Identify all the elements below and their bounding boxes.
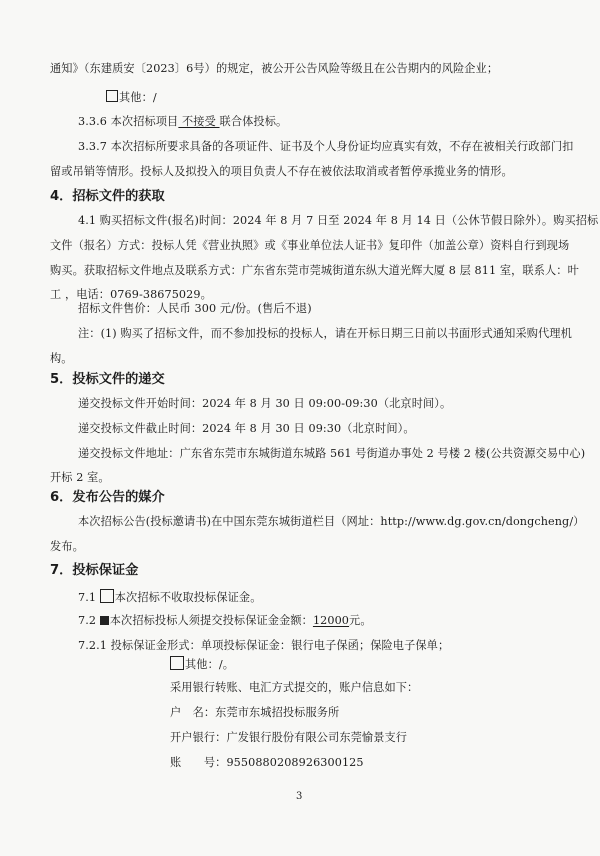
checkbox-other: 其他：/ (106, 90, 157, 105)
bank-name: 开户银行：广发银行股份有限公司东莞愉景支行 (170, 731, 407, 745)
field-value: 东莞市东城招投标服务所 (215, 706, 339, 719)
text-line: 本次招标公告(投标邀请书)在中国东莞东城街道栏目（网址：http://www.d… (78, 515, 584, 529)
field-value: 广发银行股份有限公司东莞愉景支行 (226, 731, 407, 744)
field-value: 9550880208926300125 (226, 756, 363, 769)
section-heading-5: 5．投标文件的递交 (50, 372, 165, 388)
account-name: 户 名：东莞市东城招投标服务所 (170, 706, 339, 720)
submission-address: 递交投标文件地址：广东省东莞市东城街道东城路 561 号街道办事处 2 号楼 2… (78, 447, 585, 461)
page-number: 3 (296, 791, 302, 802)
section-heading-7: 7．投标保证金 (50, 563, 138, 579)
field-label: 账 号： (170, 756, 226, 769)
submission-address: 开标 2 室。 (50, 471, 110, 485)
text-line: 文件（报名）方式：投标人凭《营业执照》或《事业单位法人证书》复印件（加盖公章）资… (50, 239, 569, 253)
text-line: 工 ，电话：0769-38675029。 (50, 288, 212, 302)
clause-7-2-1: 7.2.1 投标保证金形式：单项投标保证金：银行电子保函；保险电子保单； (78, 639, 449, 653)
submission-deadline: 递交投标文件截止时间：2024 年 8 月 30 日 09:30（北京时间）。 (78, 422, 415, 436)
checkbox-other: 其他：/。 (170, 656, 234, 672)
checkbox-label: 其他：/。 (185, 658, 234, 671)
section-heading-4: 4．招标文件的获取 (50, 189, 165, 205)
document-page: 通知》（东建质安〔2023〕6号）的规定，被公开公告风险等级且在公告期内的风险企… (0, 0, 600, 856)
text-line: 留或吊销等情形。投标人及拟投入的项目负责人不存在被依法取消或者暂停承揽业务的情形… (50, 165, 513, 179)
checkbox-label: 其他：/ (119, 91, 157, 104)
deposit-amount: 12000 (313, 614, 349, 627)
text-line: 购买。获取招标文件地点及联系方式：广东省东莞市莞城街道东纵大道光辉大厦 8 层 … (50, 264, 579, 278)
text-line: 通知》（东建质安〔2023〕6号）的规定，被公开公告风险等级且在公告期内的风险企… (50, 62, 498, 76)
checkbox-unchecked-icon (106, 90, 118, 102)
clause-text: 3.3.6 本次招标项目 (78, 115, 178, 128)
clause-number: 7.2 (78, 614, 96, 627)
bank-intro: 采用银行转账、电汇方式提交的，账户信息如下： (170, 681, 418, 695)
checkbox-unchecked-icon (100, 589, 114, 603)
section-heading-6: 6．发布公告的媒介 (50, 490, 165, 506)
clause-text: 联合体投标。 (220, 115, 288, 128)
checkbox-unchecked-icon (170, 656, 184, 670)
text-line: 4.1 购买招标文件(报名)时间：2024 年 8 月 7 日至 2024 年 … (78, 214, 598, 228)
clause-3-3-7: 3.3.7 本次招标所要求具备的各项证件、证书及个人身份证均应真实有效，不存在被… (78, 140, 573, 154)
checkbox-checked-icon (100, 616, 109, 625)
underlined-value: 不接受 (178, 115, 219, 128)
price-line: 招标文件售价：人民币 300 元/份。(售后不退) (78, 302, 312, 316)
note-line: 注：(1) 购买了招标文件，而不参加投标的投标人，请在开标日期三日前以书面形式通… (78, 327, 572, 341)
text-line: 发布。 (50, 540, 84, 554)
field-label: 开户银行： (170, 731, 226, 744)
account-number: 账 号：9550880208926300125 (170, 756, 364, 770)
clause-text: 本次招标投标人须提交投标保证金金额： (110, 614, 313, 627)
clause-7-2: 7.2 本次招标投标人须提交投标保证金金额：12000元。 (78, 614, 372, 628)
clause-7-1: 7.1 本次招标不收取投标保证金。 (78, 589, 262, 605)
clause-number: 7.1 (78, 591, 96, 604)
clause-3-3-6: 3.3.6 本次招标项目 不接受 联合体投标。 (78, 115, 287, 129)
clause-text: 本次招标不收取投标保证金。 (115, 591, 262, 604)
submission-start: 递交投标文件开始时间：2024 年 8 月 30 日 09:00-09:30（北… (78, 397, 451, 411)
note-line: 构。 (50, 352, 73, 366)
field-label: 户 名： (170, 706, 215, 719)
clause-text: 元。 (349, 614, 372, 627)
